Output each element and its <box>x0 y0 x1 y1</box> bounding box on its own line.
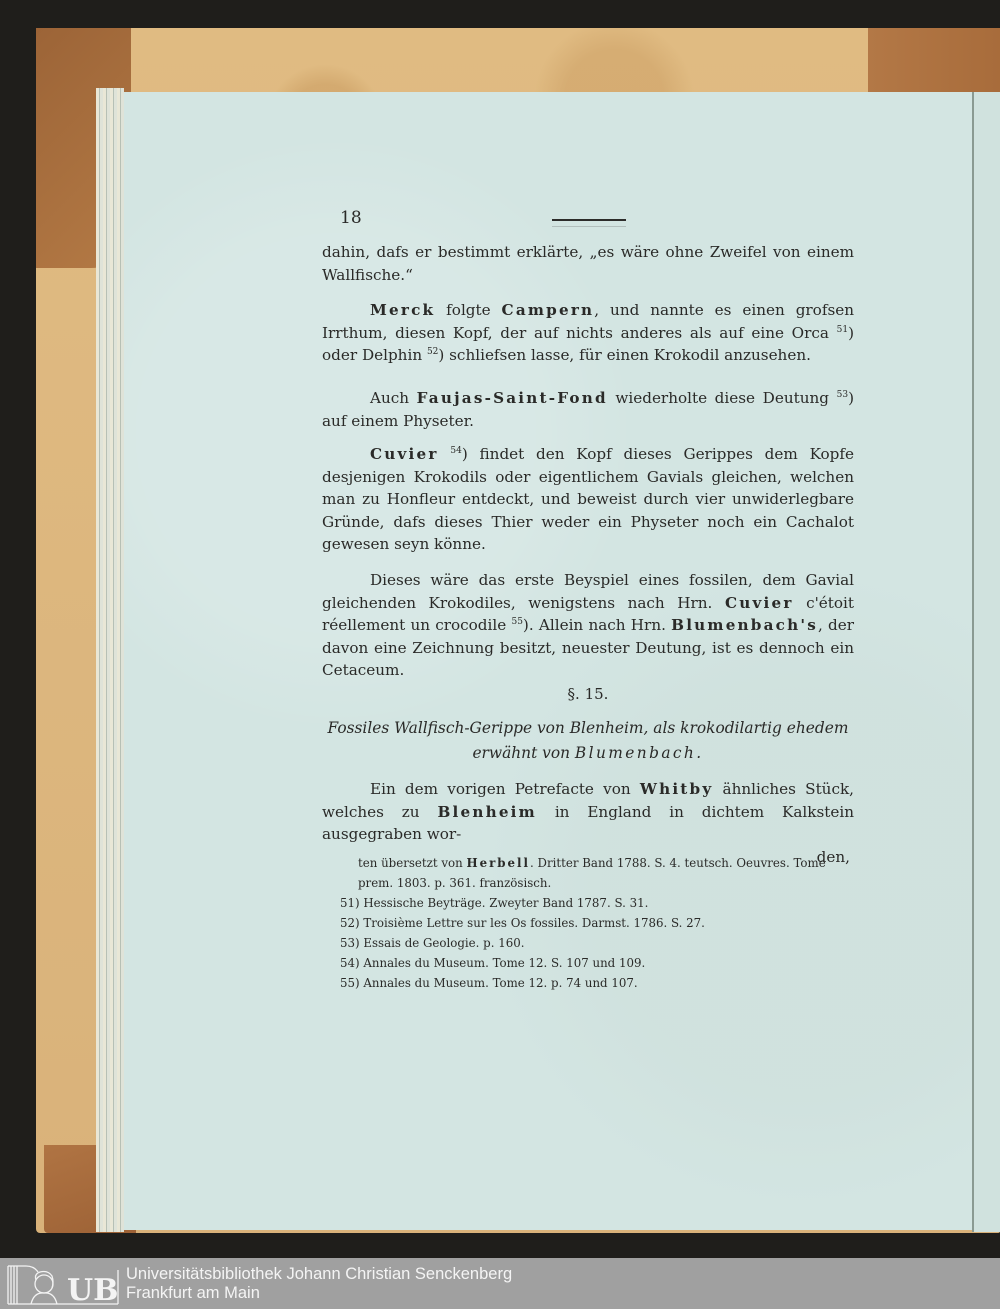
footnote-item: 53) Essais de Geologie. p. 160. <box>340 933 856 953</box>
footnotes: ten übersetzt von Herbell. Dritter Band … <box>340 853 856 993</box>
header-rule-shadow <box>552 226 626 227</box>
spaced-name: Cuvier <box>725 594 794 612</box>
institution-line-1: Universitätsbibliothek Johann Christian … <box>126 1265 512 1284</box>
footnote-item: 52) Troisième Lettre sur les Os fossiles… <box>340 913 856 933</box>
header-rule <box>552 219 626 221</box>
footnote-text: ten übersetzt von <box>358 856 466 870</box>
institution-name: Universitätsbibliothek Johann Christian … <box>126 1265 512 1303</box>
footnote-item: 54) Annales du Museum. Tome 12. S. 107 u… <box>340 953 856 973</box>
cover-corner-top-right <box>868 28 1000 98</box>
spaced-name: Blumenbach's <box>671 616 818 634</box>
footnote-continuation: ten übersetzt von Herbell. Dritter Band … <box>340 853 856 893</box>
text-run: folgte <box>435 301 501 319</box>
library-footer-band: UB Universitätsbibliothek Johann Christi… <box>0 1258 1000 1309</box>
footnote-ref: 55 <box>511 617 522 627</box>
logo-text: UB <box>67 1273 119 1306</box>
text-run: wiederholte diese Deutung <box>608 389 837 407</box>
text-run: ) schliefsen lasse, für einen Krokodil a… <box>438 346 811 364</box>
footnote-list: 51) Hessische Beyträge. Zweyter Band 178… <box>340 893 856 993</box>
spaced-name: Campern <box>502 301 595 319</box>
ub-library-logo-icon: UB <box>4 1262 120 1306</box>
footnote-ref: 54 <box>450 446 461 456</box>
facing-page-edge <box>974 92 1000 1232</box>
section-title-author: Blumenbach. <box>575 744 704 762</box>
paragraph-text: Cuvier 54) findet den Kopf dieses Geripp… <box>322 443 854 556</box>
paragraph-text: Merck folgte Campern, und nannte es eine… <box>322 299 854 367</box>
page-edges-stack <box>96 88 124 1232</box>
institution-line-2: Frankfurt am Main <box>126 1284 512 1303</box>
paragraph-3: Auch Faujas-Saint-Fond wiederholte diese… <box>322 387 854 432</box>
text-run: Auch <box>370 389 417 407</box>
section-title-prefix: erwähnt von <box>472 744 574 762</box>
text-run: Ein dem vorigen Petrefacte von <box>370 780 640 798</box>
paragraph-5: Dieses wäre das erste Beyspiel eines fos… <box>322 569 854 682</box>
spaced-name: Blenheim <box>437 803 536 821</box>
footnote-ref: 53 <box>837 390 848 400</box>
footnote-ref: 52 <box>427 347 438 357</box>
paragraph-text: Auch Faujas-Saint-Fond wiederholte diese… <box>322 387 854 432</box>
footnote-author: Herbell <box>466 856 530 870</box>
spaced-name: Faujas-Saint-Fond <box>417 389 608 407</box>
section-title: Fossiles Wallfisch-Gerippe von Blenheim,… <box>318 716 858 766</box>
page-number: 18 <box>340 208 362 228</box>
footnote-item: 55) Annales du Museum. Tome 12. p. 74 un… <box>340 973 856 993</box>
spaced-name: Cuvier <box>370 445 439 463</box>
section-title-line-2: erwähnt von Blumenbach. <box>318 741 858 766</box>
section-number: §. 15. <box>322 685 854 703</box>
paragraph-1: dahin, dafs er bestimmt erklärte, „es wä… <box>322 241 854 286</box>
text-run <box>439 445 451 463</box>
paragraph-text: Dieses wäre das erste Beyspiel eines fos… <box>322 569 854 682</box>
footnote-ref: 51 <box>837 325 848 335</box>
spaced-name: Merck <box>370 301 435 319</box>
paragraph-2: Merck folgte Campern, und nannte es eine… <box>322 299 854 367</box>
text-run: dahin, dafs er bestimmt erklärte, „es wä… <box>322 243 854 284</box>
text-run: ). Allein nach Hrn. <box>523 616 671 634</box>
paragraph-text: Ein dem vorigen Petrefacte von Whitby äh… <box>322 778 854 846</box>
paragraph-text: dahin, dafs er bestimmt erklärte, „es wä… <box>322 241 854 286</box>
section-title-line-1: Fossiles Wallfisch-Gerippe von Blenheim,… <box>318 716 858 741</box>
paragraph-4: Cuvier 54) findet den Kopf dieses Geripp… <box>322 443 854 556</box>
footnote-item: 51) Hessische Beyträge. Zweyter Band 178… <box>340 893 856 913</box>
spaced-name: Whitby <box>640 780 714 798</box>
